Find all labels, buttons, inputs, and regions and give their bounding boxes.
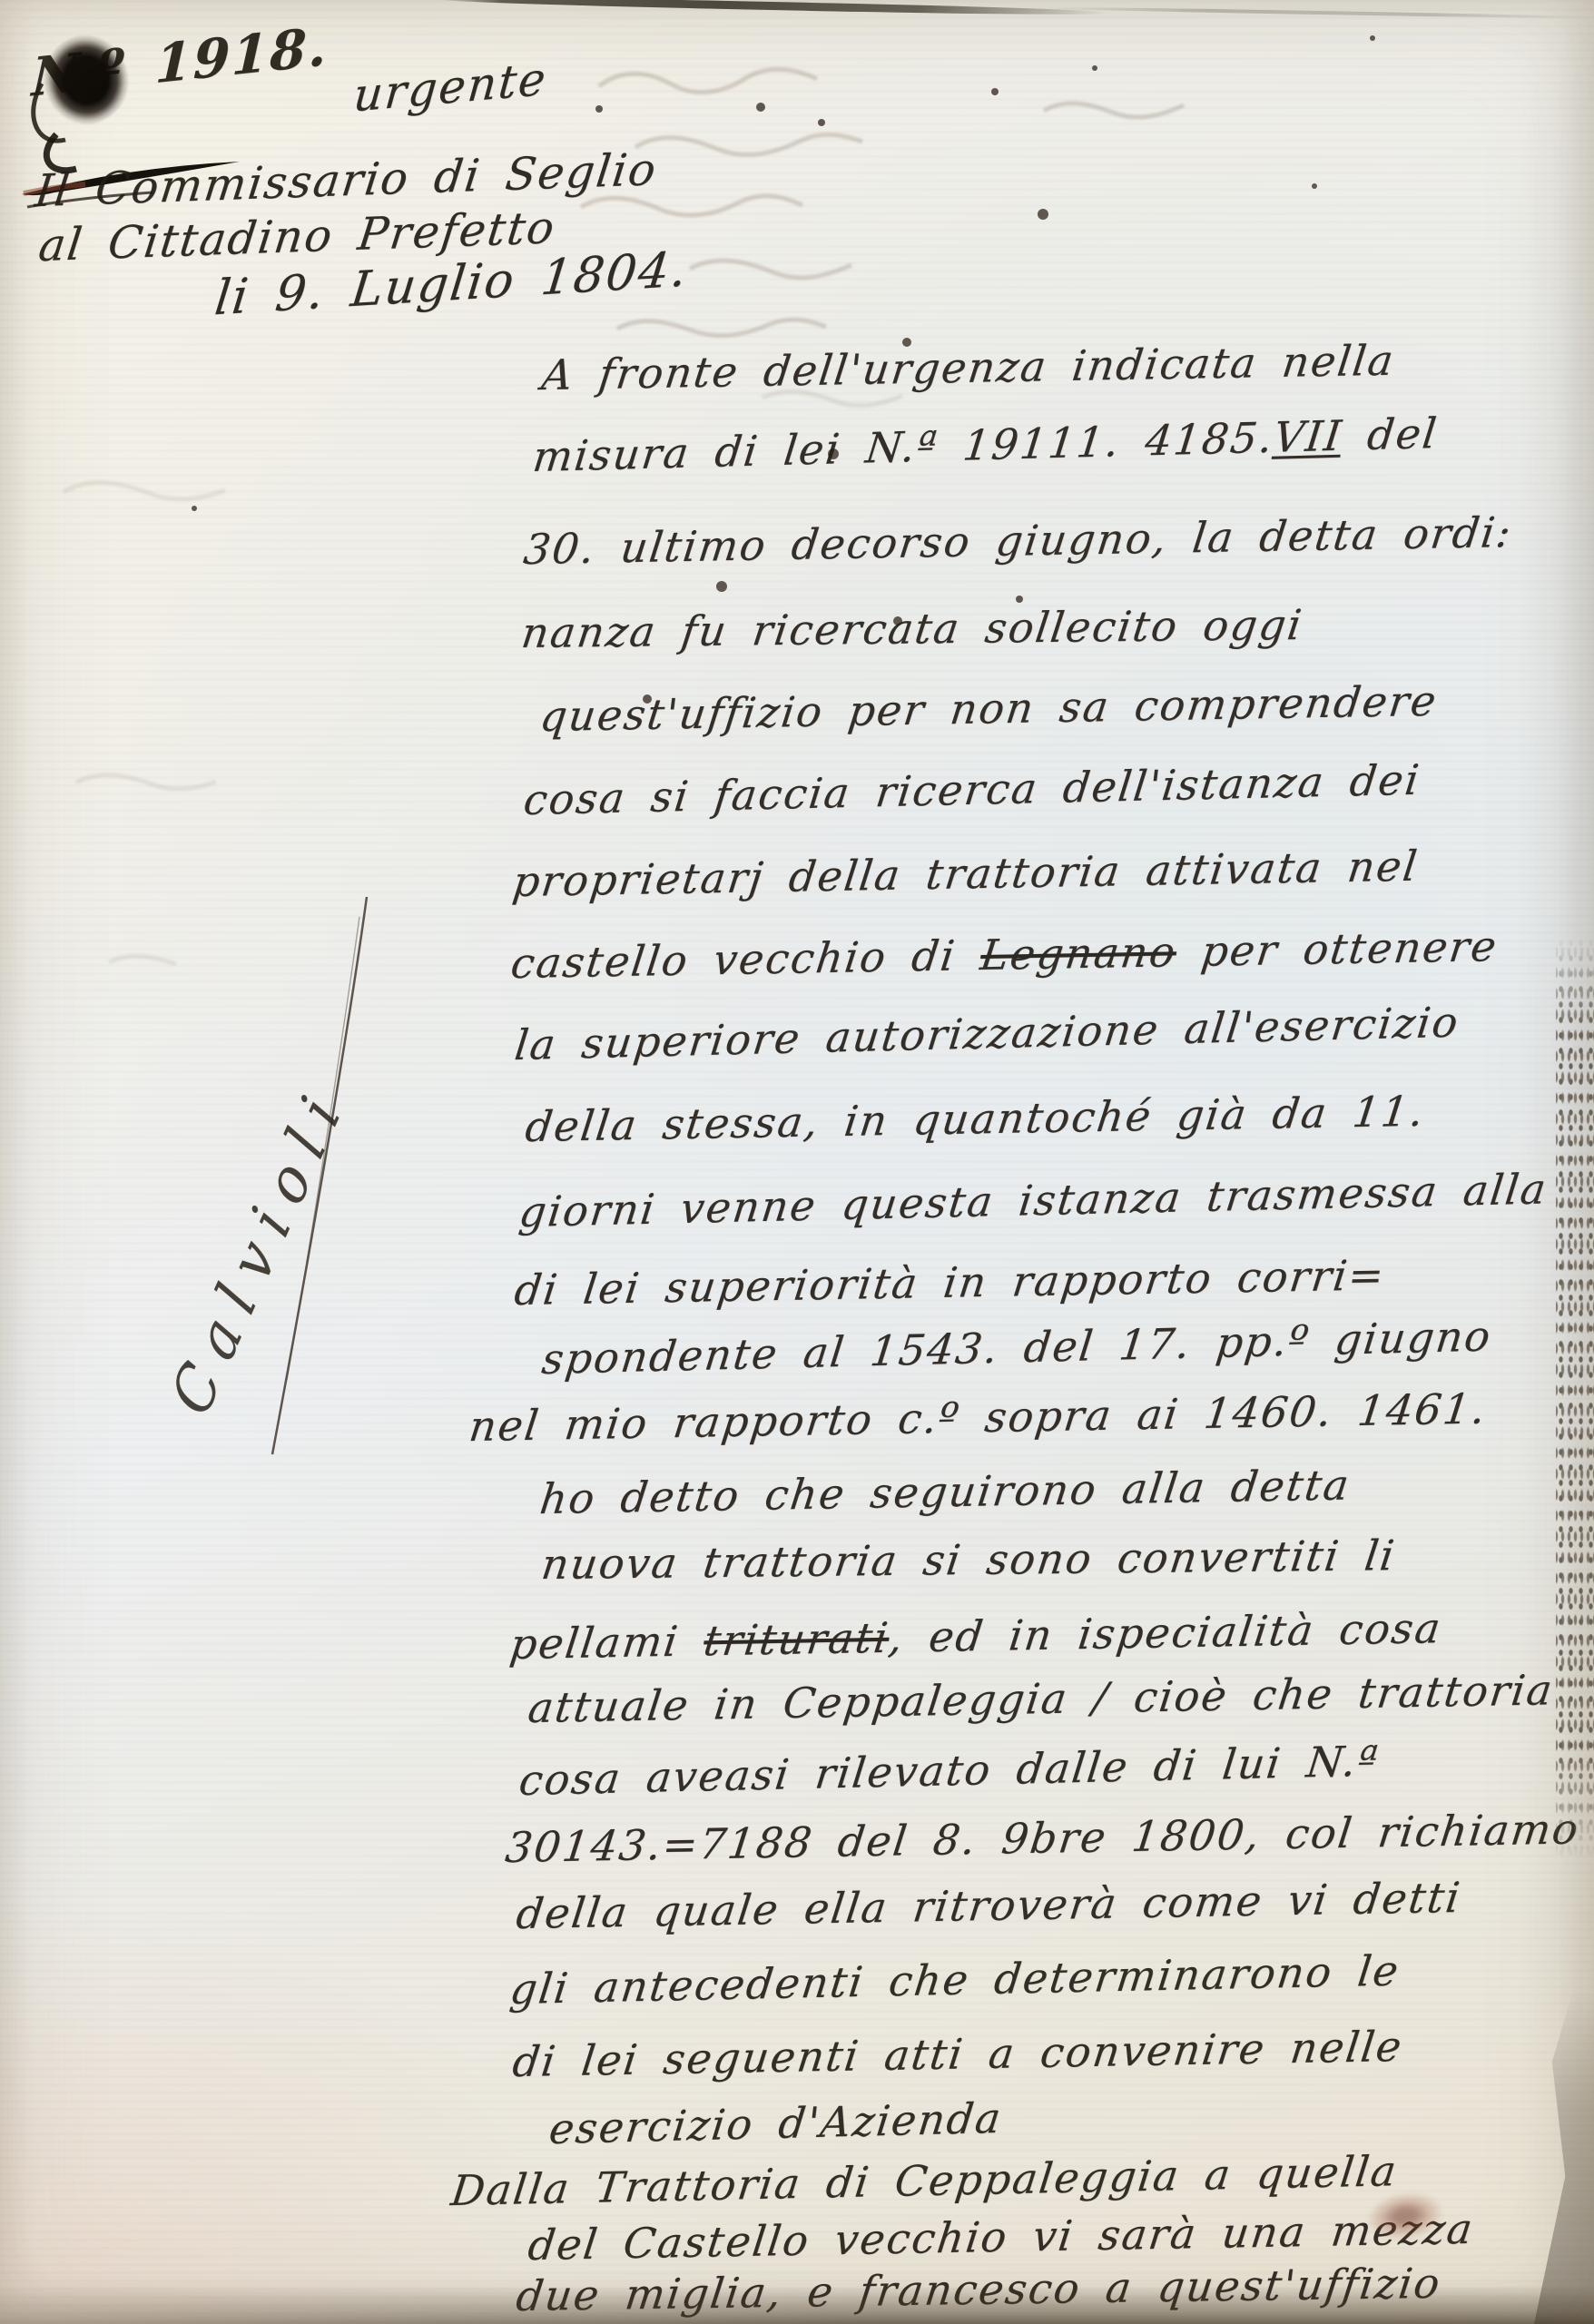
handwritten-line: quest'uffizio per non sa comprendere [537, 680, 1440, 737]
handwritten-line: Dalla Trattoria di Ceppaleggia a quella [448, 2150, 1400, 2211]
handwritten-line: A fronte dell'urgenza indicata nella [539, 340, 1397, 396]
handwritten-line: gli antecedenti che determinarono le [507, 1949, 1402, 2010]
handwritten-line: del Castello vecchio vi sarà una mezza [526, 2208, 1476, 2266]
torn-edge-right [1556, 935, 1594, 1861]
sender-line: Il Commissario di Seglio [33, 147, 660, 213]
handwritten-line: misura di lei N.ª 19111. 4185.VII del [531, 412, 1441, 478]
handwritten-line: due miglia, e francesco a quest'uffizio [514, 2262, 1443, 2317]
handwritten-line: nuova trattoria si sono convertiti li [539, 1534, 1398, 1585]
bleedthrough-marks-left [64, 482, 225, 964]
handwritten-line: di lei superiorità in rapporto corri= [512, 1254, 1388, 1311]
handwritten-line: 30. ultimo decorso giugno, la detta ordi… [521, 511, 1514, 570]
handwritten-line: esercizio d'Azienda [547, 2097, 1005, 2150]
manuscript-page: N.º 1918. urgente Il Commissario di Segl… [0, 0, 1594, 2324]
handwritten-line: nel mio rapporto c.º sopra ai 1460. 1461… [467, 1387, 1489, 1447]
handwritten-line: cosa aveasi rilevato dalle di lui N.ª [517, 1740, 1382, 1802]
handwritten-line: della quale ella ritroverà come vi detti [514, 1876, 1463, 1935]
urgency-note: urgente [352, 55, 549, 118]
torn-corner-bottom-right [1534, 1988, 1594, 2324]
handwritten-line: castello vecchio di Legnano per ottenere [508, 925, 1500, 984]
handwritten-line: attuale in Ceppaleggia / cioè che tratto… [526, 1669, 1556, 1728]
handwritten-line: giorni venne questa istanza trasmessa al… [517, 1167, 1550, 1233]
handwritten-line: nanza fu ricercata sollecito oggi [519, 604, 1305, 654]
handwritten-line: spondente al 1543. del 17. pp.º giugno [540, 1315, 1494, 1380]
handwritten-line: di lei seguenti atti a convenire nelle [510, 2025, 1405, 2083]
handwritten-line: 30143.=7188 del 8. 9bre 1800, col richia… [503, 1807, 1581, 1868]
handwritten-line: cosa si faccia ricerca dell'istanza dei [522, 759, 1423, 822]
handwritten-line: la superiore autorizzazione all'esercizi… [513, 1001, 1462, 1067]
handwritten-line: della stessa, in quantoché già da 11. [523, 1090, 1427, 1147]
handwritten-line: pellami triturati, ed in ispecialità cos… [507, 1607, 1444, 1665]
handwritten-line: proprietarj della trattoria attivata nel [510, 845, 1421, 903]
torn-edge-top-faint [1044, 6, 1594, 20]
torn-edge-top [436, 0, 1107, 17]
handwritten-line: ho detto che seguirono alla detta [537, 1463, 1353, 1520]
margin-signature: Calvioli [162, 1074, 356, 1424]
